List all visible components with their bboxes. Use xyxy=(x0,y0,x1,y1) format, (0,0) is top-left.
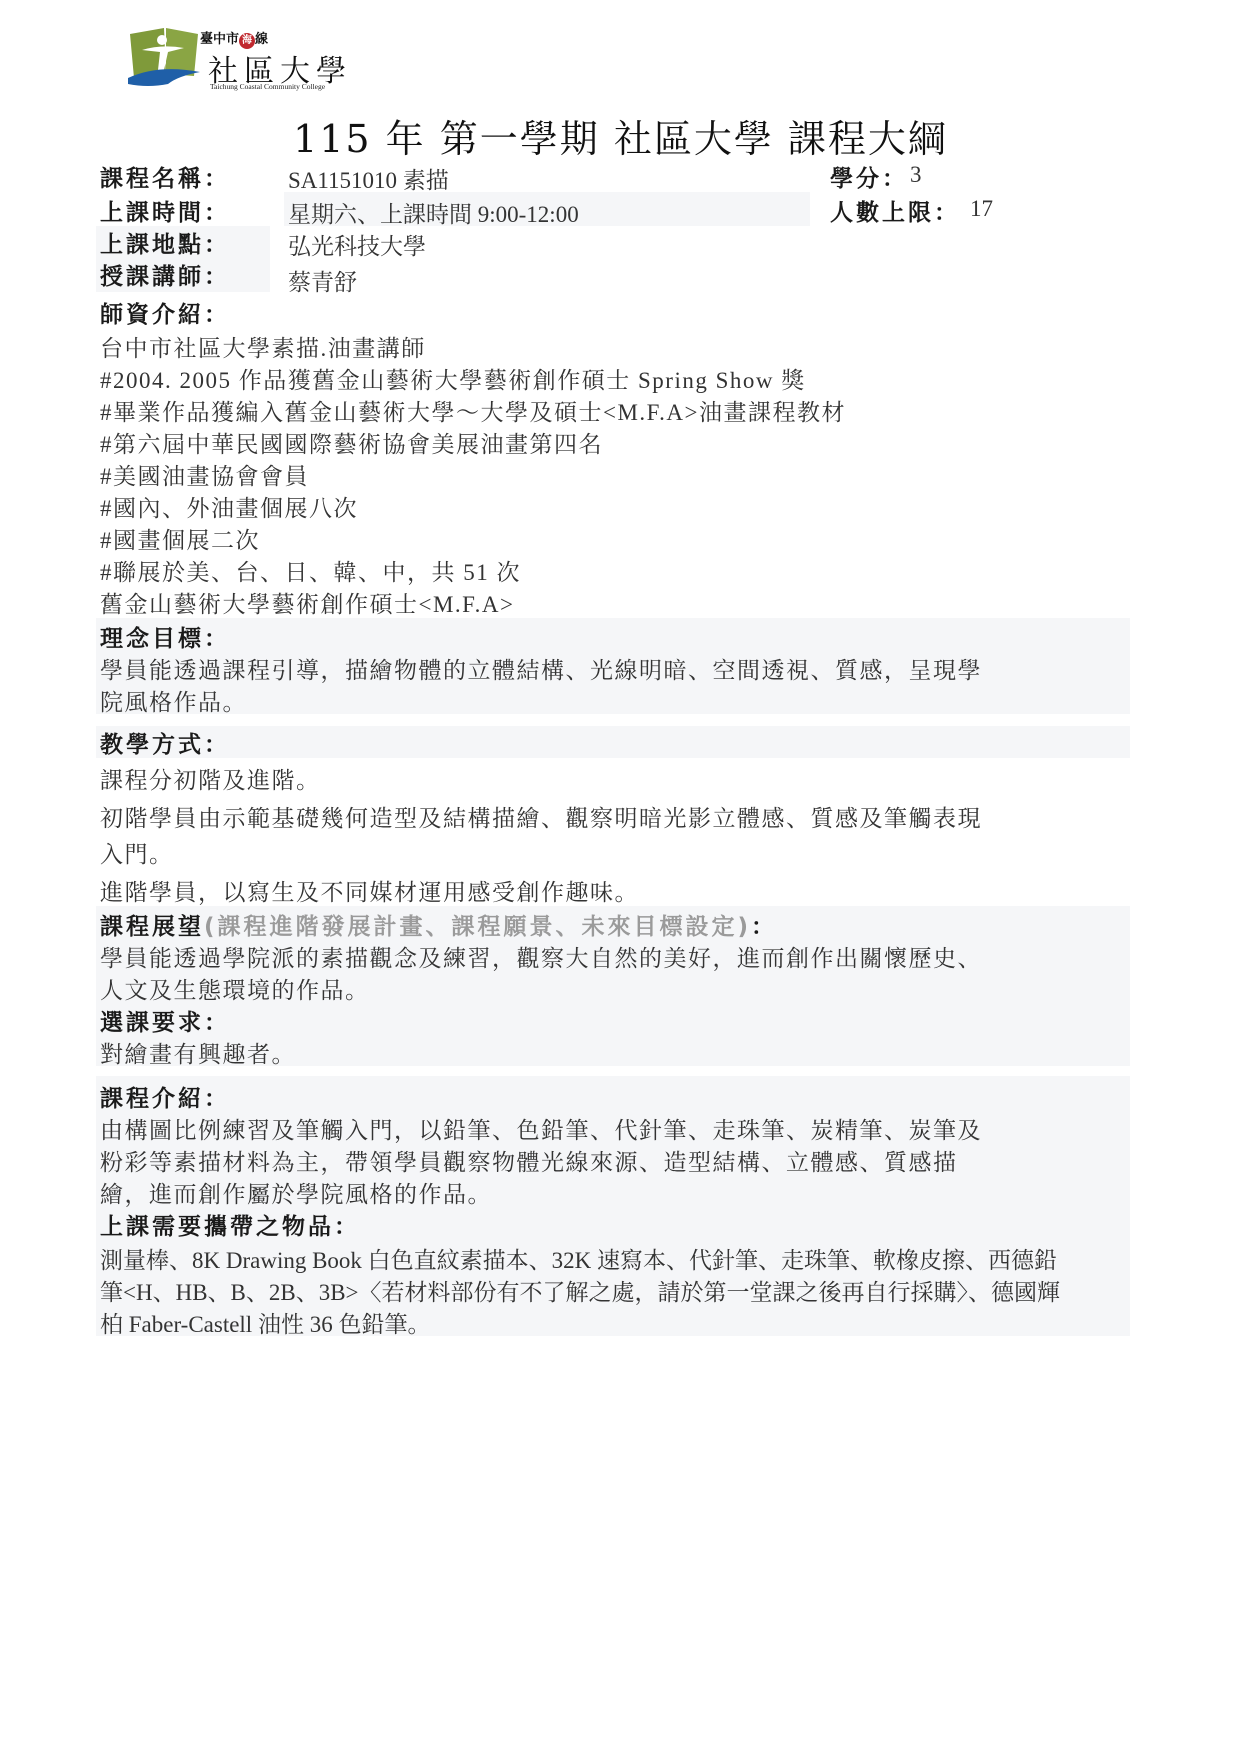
page-title: 115 年 第一學期 社區大學 課程大綱 xyxy=(0,108,1241,163)
credits-value: 3 xyxy=(910,162,922,188)
school-logo: 臺中市海線 社區大學 Taichung Coastal Community Co… xyxy=(128,26,368,92)
bio-line: #畢業作品獲編入舊金山藝術大學～大學及碩士<M.F.A>油畫課程教材 xyxy=(100,394,846,427)
method-line: 課程分初階及進階。 xyxy=(100,762,321,795)
bio-heading: 師資介紹： xyxy=(100,296,230,329)
bio-line: #國畫個展二次 xyxy=(100,522,260,555)
instructor-value: 蔡青舒 xyxy=(288,264,357,297)
location-value: 弘光科技大學 xyxy=(288,228,426,261)
outlook-line: 人文及生態環境的作品。 xyxy=(100,972,370,1005)
outlook-line: 學員能透過學院派的素描觀念及練習，觀察大自然的美好，進而創作出關懷歷史、 xyxy=(100,940,982,973)
course-name-value: SA1151010 素描 xyxy=(288,162,449,195)
intro-heading: 課程介紹： xyxy=(100,1080,230,1113)
credits-label: 學分： xyxy=(830,160,908,193)
method-shade xyxy=(96,726,1130,758)
intro-line: 粉彩等素描材料為主，帶領學員觀察物體光線來源、造型結構、立體感、質感描 xyxy=(100,1144,958,1177)
intro-line: 繪，進而創作屬於學院風格的作品。 xyxy=(100,1176,492,1209)
course-name-label: 課程名稱： xyxy=(100,160,230,193)
logo-english-text: Taichung Coastal Community College xyxy=(210,82,325,91)
bio-line: #國內、外油畫個展八次 xyxy=(100,490,358,523)
bio-line: #第六屆中華民國國際藝術協會美展油畫第四名 xyxy=(100,426,603,459)
bio-line: #美國油畫協會會員 xyxy=(100,458,309,491)
book-figure-logo-icon xyxy=(128,26,208,88)
bio-line: 舊金山藝術大學藝術創作碩士<M.F.A> xyxy=(100,586,514,619)
capacity-value: 17 xyxy=(970,196,993,222)
outlook-heading-colon: ： xyxy=(751,914,777,940)
outlook-heading-note: (課程進階發展計畫、課程願景、未來目標設定) xyxy=(204,914,751,940)
instructor-label: 授課講師： xyxy=(100,258,230,291)
method-line: 入門。 xyxy=(100,836,174,869)
intro-line: 由構圖比例練習及筆觸入門，以鉛筆、色鉛筆、代針筆、走珠筆、炭精筆、炭筆及 xyxy=(100,1112,982,1145)
materials-heading: 上課需要攜帶之物品： xyxy=(100,1208,360,1241)
time-value: 星期六、上課時間 9:00-12:00 xyxy=(288,196,579,229)
goals-line: 學員能透過課程引導，描繪物體的立體結構、光線明暗、空間透視、質感，呈現學 xyxy=(100,652,982,685)
outlook-heading: 課程展望(課程進階發展計畫、課程願景、未來目標設定)： xyxy=(100,908,777,941)
bio-line: #聯展於美、台、日、韓、中，共 51 次 xyxy=(100,554,521,587)
method-heading: 教學方式： xyxy=(100,726,230,759)
materials-line: 筆<H、HB、B、2B、3B>〈若材料部份有不了解之處，請於第一堂課之後再自行採… xyxy=(100,1274,1060,1307)
materials-line: 柏 Faber-Castell 油性 36 色鉛筆。 xyxy=(100,1306,430,1339)
goals-heading: 理念目標： xyxy=(100,620,230,653)
method-line: 進階學員，以寫生及不同媒材運用感受創作趣味。 xyxy=(100,874,639,907)
location-label: 上課地點： xyxy=(100,226,230,259)
bio-line: #2004. 2005 作品獲舊金山藝術大學藝術創作碩士 Spring Show… xyxy=(100,362,806,395)
requirements-heading: 選課要求： xyxy=(100,1004,230,1037)
capacity-label: 人數上限： xyxy=(830,194,960,227)
materials-line: 測量棒、8K Drawing Book 白色直紋素描本、32K 速寫本、代針筆、… xyxy=(100,1242,1057,1275)
method-line: 初階學員由示範基礎幾何造型及結構描繪、觀察明暗光影立體感、質感及筆觸表現 xyxy=(100,800,982,833)
outlook-heading-title: 課程展望 xyxy=(100,914,204,940)
goals-line: 院風格作品。 xyxy=(100,684,247,717)
requirements-line: 對繪畫有興趣者。 xyxy=(100,1036,296,1069)
bio-line: 台中市社區大學素描.油畫講師 xyxy=(100,330,426,363)
time-label: 上課時間： xyxy=(100,194,230,227)
